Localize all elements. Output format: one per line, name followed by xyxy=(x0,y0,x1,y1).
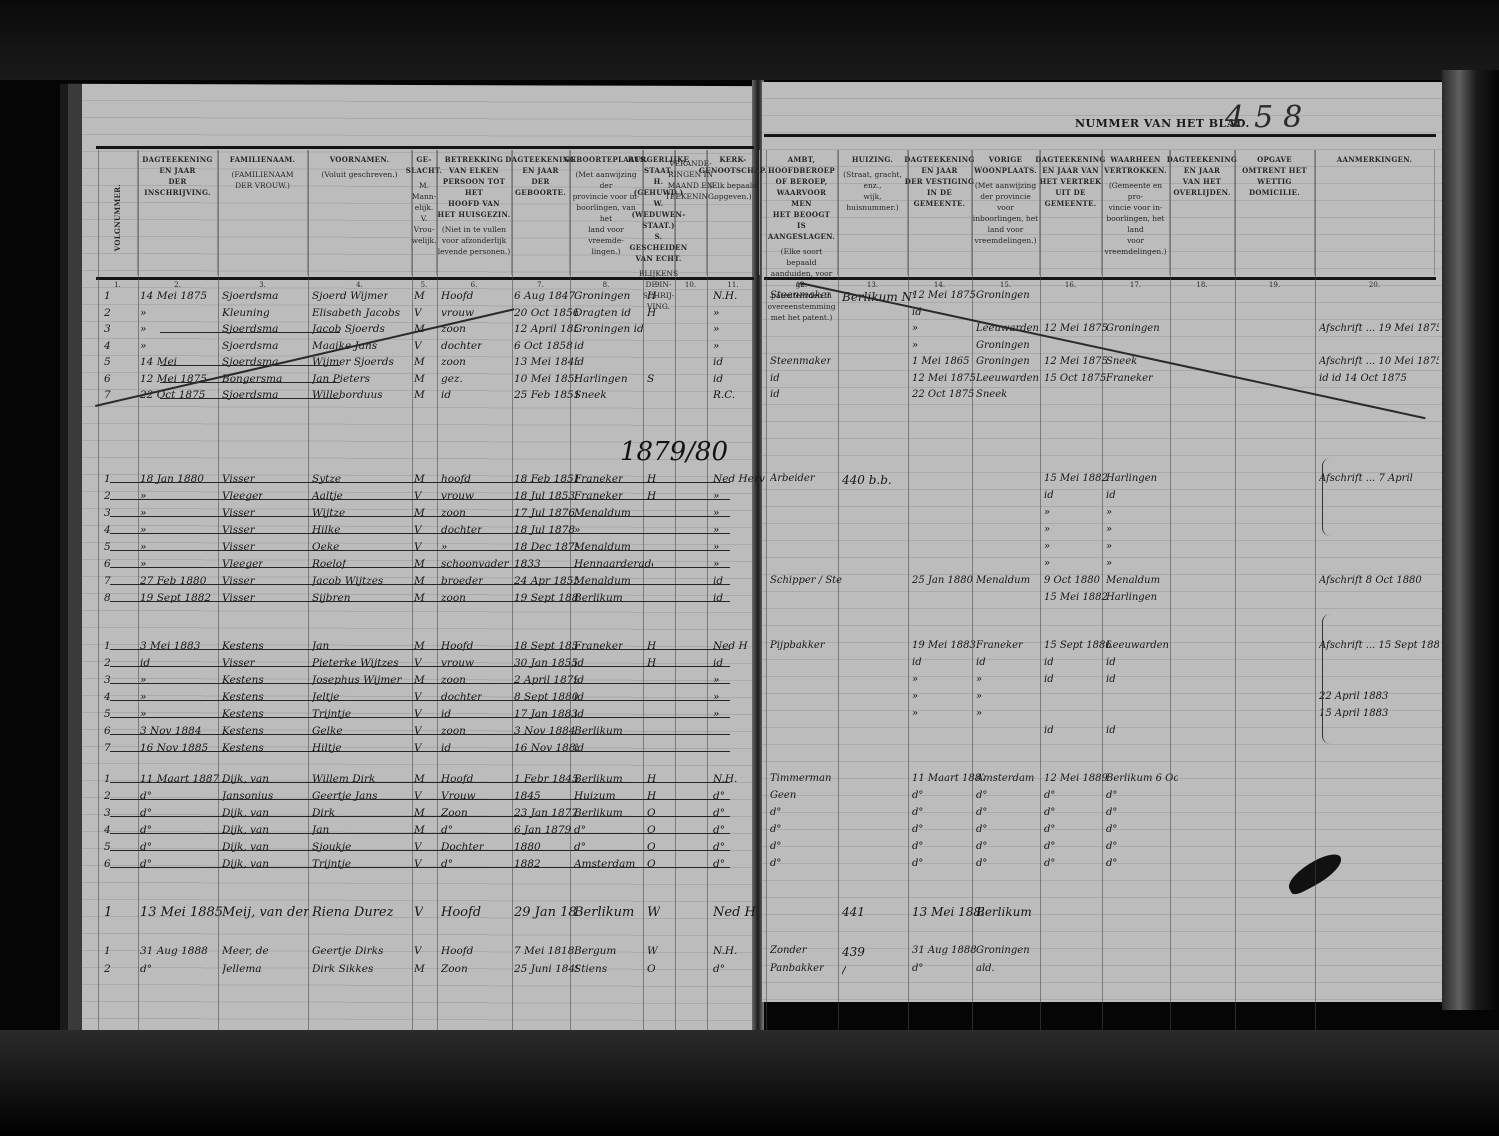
entry-prev: ald. xyxy=(976,963,995,974)
entry-settled: 12 Mei 1875 xyxy=(912,373,976,384)
entry-nr: 5 xyxy=(104,356,111,368)
entry-settled: 25 Jan 1880 xyxy=(912,575,973,586)
entry-relation: gez. xyxy=(441,373,463,385)
entry-given: Jeltje xyxy=(312,691,339,703)
entry-date: 14 Mei xyxy=(140,356,177,368)
entry-relation: broeder xyxy=(441,575,483,587)
column-header-title: VORIGE WOONPLAATS. xyxy=(974,154,1037,176)
entry-birth: 18 Sept 1855 xyxy=(514,640,578,652)
entry-birth: 24 Apr 1855 xyxy=(514,575,578,587)
entry-left: id xyxy=(1044,657,1054,668)
entry-sex: M xyxy=(414,824,425,836)
entry-prev: » xyxy=(976,691,982,702)
entry-relation: id xyxy=(441,708,451,720)
entry-given: Riena Durez xyxy=(312,905,393,920)
entry-relation: dochter xyxy=(441,524,482,536)
column-header-13: HUIZING.(Straat, gracht, enz., wijk, hui… xyxy=(838,150,908,275)
entry-dest: Berlikum 6 Oct 1889 xyxy=(1106,773,1178,784)
entry-civil: H xyxy=(647,490,656,502)
entry-left: d° xyxy=(1044,841,1055,852)
entry-relation: Hoofd xyxy=(441,945,473,957)
entry-prev: d° xyxy=(976,858,987,869)
entry-prev: d° xyxy=(976,824,987,835)
entry-dest: Harlingen xyxy=(1106,592,1157,603)
column-header-subtitle: (Met aanwijzing der provincie voor inboo… xyxy=(972,180,1039,246)
entry-prev: Leeuwarden xyxy=(976,373,1039,384)
entry-left: 9 Oct 1880 xyxy=(1044,575,1100,586)
entry-settled: 12 Mei 1875 xyxy=(912,290,976,301)
entry-relation: Vrouw xyxy=(441,790,476,802)
entry-birthplace: Sneek xyxy=(574,389,607,401)
column-divider xyxy=(1170,150,1171,1030)
entry-given: Aaltje xyxy=(312,490,343,502)
entry-birthplace: id xyxy=(574,742,584,754)
entry-church: N.H. xyxy=(713,945,737,957)
entry-birthplace: Bergum xyxy=(574,945,616,957)
entry-birth: 20 Oct 1856 xyxy=(514,307,578,319)
entry-given: Pieterke Wijtzes xyxy=(312,657,399,669)
entry-note: Afschrift ... 7 April xyxy=(1319,473,1413,484)
entry-occupation: d° xyxy=(770,858,781,869)
entry-relation: Zoon xyxy=(441,807,468,819)
column-header-17: WAARHEEN VERTROKKEN.(Gemeente en pro- vi… xyxy=(1102,150,1170,275)
entry-settled: d° xyxy=(912,807,923,818)
entry-settled: d° xyxy=(912,824,923,835)
column-number: 19. xyxy=(1235,280,1314,291)
entry-civil: O xyxy=(647,858,656,870)
entry-date: d° xyxy=(140,858,152,870)
entry-given: Willeborduus xyxy=(312,389,383,401)
entry-surname: Dijk, van xyxy=(222,807,269,819)
entry-left: » xyxy=(1044,524,1050,535)
entry-surname: Visser xyxy=(222,657,255,669)
entry-prev: » xyxy=(976,708,982,719)
entry-nr: 5 xyxy=(104,841,111,853)
entry-left: 12 Mei 1889 xyxy=(1044,773,1108,784)
entry-left: d° xyxy=(1044,807,1055,818)
entry-relation: d° xyxy=(441,858,453,870)
column-divider xyxy=(908,150,909,1030)
entry-sex: V xyxy=(414,725,422,737)
entry-dest: Menaldum xyxy=(1106,575,1160,586)
column-number: 16. xyxy=(1040,280,1101,291)
entry-nr: 2 xyxy=(104,963,111,975)
entry-civil: H xyxy=(647,657,656,669)
strike-line xyxy=(110,816,730,817)
entry-date: d° xyxy=(140,841,152,853)
entry-sex: M xyxy=(414,507,425,519)
column-header-title: AMBT, HOOFDBEROEP OF BEROEP, WAARVOOR ME… xyxy=(766,154,837,242)
entry-sex: V xyxy=(414,905,423,920)
entry-birthplace: Berlikum xyxy=(574,807,623,819)
entry-civil: H xyxy=(647,790,656,802)
entry-sex: V xyxy=(414,691,422,703)
column-header-6: BETREKKING VAN ELKEN PERSOON TOT HET HOO… xyxy=(437,150,512,275)
entry-date: 18 Jan 1880 xyxy=(140,473,204,485)
entry-birth: 10 Mei 1859 xyxy=(514,373,578,385)
entry-occupation: id xyxy=(770,389,780,400)
entry-birthplace: id xyxy=(574,657,584,669)
entry-given: Oeke xyxy=(312,541,339,553)
column-header-18: DAGTEEKENING EN JAAR VAN HET OVERLIJDEN.… xyxy=(1170,150,1235,275)
entry-civil: W xyxy=(647,945,658,957)
entry-birth: 30 Jan 1855 xyxy=(514,657,578,669)
entry-relation: d° xyxy=(441,824,453,836)
entry-left: d° xyxy=(1044,858,1055,869)
entry-church: R.C. xyxy=(713,389,735,401)
entry-relation: zoon xyxy=(441,507,466,519)
entry-sex: V xyxy=(414,708,422,720)
entry-left: 15 Oct 1875 xyxy=(1044,373,1106,384)
entry-dest: id xyxy=(1106,674,1116,685)
entry-surname: Jellema xyxy=(222,963,262,975)
entry-date: » xyxy=(140,708,146,720)
column-header-20: AANMERKINGEN.20. xyxy=(1315,150,1435,275)
entry-civil: O xyxy=(647,963,656,975)
entry-nr: 1 xyxy=(104,773,111,785)
entry-nr: 3 xyxy=(104,807,111,819)
entry-surname: Kestens xyxy=(222,640,264,652)
entry-prev: Groningen xyxy=(976,356,1030,367)
entry-birth: 18 Feb 1851 xyxy=(514,473,578,485)
entry-nr: 6 xyxy=(104,858,111,870)
entry-settled: id xyxy=(912,657,922,668)
entry-sex: M xyxy=(414,773,425,785)
entry-occupation: id xyxy=(770,373,780,384)
column-divider xyxy=(138,150,139,1030)
entry-surname: Meij, van der xyxy=(222,905,309,920)
entry-given: Trijntje xyxy=(312,708,351,720)
entry-date: d° xyxy=(140,963,152,975)
strike-line xyxy=(110,482,730,483)
entry-birthplace: Dragten id xyxy=(574,307,631,319)
entry-dest: » xyxy=(1106,524,1112,535)
entry-birth: 8 Sept 1880 xyxy=(514,691,578,703)
entry-nr: 7 xyxy=(104,575,111,587)
entry-surname: Visser xyxy=(222,473,255,485)
strike-line xyxy=(160,398,340,399)
entry-birthplace: Harlingen xyxy=(574,373,628,385)
entry-sex: V xyxy=(414,742,422,754)
entry-given: Willem Dirk xyxy=(312,773,375,785)
entry-left: d° xyxy=(1044,824,1055,835)
entry-date: d° xyxy=(140,790,152,802)
strike-line xyxy=(110,683,730,684)
entry-note: Afschrift ... 10 Mei 1875 xyxy=(1319,356,1439,367)
column-header-14: DAGTEEKENING EN JAAR DER VESTIGING IN DE… xyxy=(908,150,972,275)
entry-settled: 13 Mei 1885 xyxy=(912,905,984,919)
entry-sex: M xyxy=(414,558,425,570)
entry-sex: V xyxy=(414,790,422,802)
entry-given: Jan xyxy=(312,824,329,836)
strike-line xyxy=(110,850,730,851)
entry-dest: » xyxy=(1106,507,1112,518)
entry-dest: Franeker xyxy=(1106,373,1153,384)
entry-church: » xyxy=(713,558,719,570)
entry-nr: 4 xyxy=(104,524,111,536)
entry-settled: » xyxy=(912,340,918,351)
column-header-title: DAGTEEKENING EN JAAR VAN HET OVERLIJDEN. xyxy=(1167,154,1237,198)
entry-birthplace: Berlikum xyxy=(574,592,623,604)
entry-church: Ned H xyxy=(713,905,756,920)
entry-church: » xyxy=(713,524,719,536)
column-header-subtitle: (Niet in te vullen voor afzonderlijk lev… xyxy=(438,224,511,257)
scanner-frame-bottom xyxy=(0,1030,1499,1136)
column-divider xyxy=(766,150,767,1030)
entry-occupation: d° xyxy=(770,841,781,852)
entry-relation: schoonvader xyxy=(441,558,509,570)
column-divider xyxy=(308,150,309,1030)
column-header-title: VOLGNUMMER. xyxy=(112,184,123,251)
entry-birthplace: d° xyxy=(574,824,586,836)
entry-nr: 3 xyxy=(104,507,111,519)
entry-birth: 25 Juni 1849 xyxy=(514,963,578,975)
entry-left: 12 Mei 1875 xyxy=(1044,356,1108,367)
entry-church: » xyxy=(713,323,719,335)
column-header-title: DAGTEEKENING EN JAAR DER INSCHRIJVING. xyxy=(142,154,212,198)
entry-surname: Visser xyxy=(222,575,255,587)
entry-dest: » xyxy=(1106,558,1112,569)
entry-civil: H xyxy=(647,307,656,319)
entry-settled: d° xyxy=(912,963,923,974)
entry-church: » xyxy=(713,708,719,720)
column-divider xyxy=(1040,150,1041,1030)
entry-date: » xyxy=(140,507,146,519)
entry-sex: M xyxy=(414,807,425,819)
entry-given: Jacob Sjoerds xyxy=(312,323,385,335)
entry-date: 14 Mei 1875 xyxy=(140,290,207,302)
entry-birth: 1882 xyxy=(514,858,541,870)
entry-birthplace: id xyxy=(574,356,584,368)
entry-dest: d° xyxy=(1106,858,1117,869)
entry-civil: H xyxy=(647,773,656,785)
entry-church: » xyxy=(713,674,719,686)
entry-date: 3 Mei 1883 xyxy=(140,640,200,652)
entry-left: 15 Sept 1886 xyxy=(1044,640,1112,651)
column-header-7: DAGTEEKENING EN JAAR DER GEBOORTE.7. xyxy=(512,150,570,275)
entry-surname: Meer, de xyxy=(222,945,269,957)
entry-settled: » xyxy=(912,674,918,685)
entry-church: » xyxy=(713,340,719,352)
entry-prev: Menaldum xyxy=(976,575,1030,586)
entry-relation: hoofd xyxy=(441,473,471,485)
entry-surname: Kestens xyxy=(222,725,264,737)
entry-given: Jan xyxy=(312,640,329,652)
entry-civil: H xyxy=(647,640,656,652)
entry-birthplace: Franeker xyxy=(574,473,623,485)
entry-surname: Visser xyxy=(222,507,255,519)
entry-settled: 22 Oct 1875 xyxy=(912,389,974,400)
column-divider xyxy=(707,150,708,1030)
entry-nr: 6 xyxy=(104,725,111,737)
entry-relation: vrouw xyxy=(441,307,474,319)
column-divider xyxy=(838,150,839,1030)
entry-relation: zoon xyxy=(441,725,466,737)
entry-date: » xyxy=(140,541,146,553)
entry-nr: 5 xyxy=(104,708,111,720)
strike-line xyxy=(110,550,730,551)
column-divider xyxy=(675,150,676,1030)
entry-birth: 6 Aug 1847 xyxy=(514,290,575,302)
entry-settled: 1 Mei 1865 xyxy=(912,356,970,367)
entry-surname: Dijk, van xyxy=(222,858,269,870)
column-header-subtitle: (Voluit geschreven.) xyxy=(321,169,397,180)
entry-prev: d° xyxy=(976,790,987,801)
entry-date: » xyxy=(140,307,146,319)
entry-dest: Groningen xyxy=(1106,323,1160,334)
entry-note: Afschrift ... 19 Mei 1875 xyxy=(1319,323,1439,334)
entry-occupation: Arbeider xyxy=(770,473,815,484)
entry-given: Wijmer Sjoerds xyxy=(312,356,394,368)
entry-surname: Sjoerdsma xyxy=(222,290,278,302)
column-divider xyxy=(437,150,438,1030)
entry-civil: O xyxy=(647,841,656,853)
column-number: 10. xyxy=(675,280,706,291)
entry-relation: Hoofd xyxy=(441,905,481,920)
column-header-title: VOORNAMEN. xyxy=(330,154,390,165)
entry-birth: 29 Jan 1829 xyxy=(514,905,578,920)
entry-surname: Kestens xyxy=(222,691,264,703)
entry-relation: Hoofd xyxy=(441,773,473,785)
entry-prev: Amsterdam xyxy=(976,773,1034,784)
entry-relation: zoon xyxy=(441,356,466,368)
strike-line xyxy=(110,751,730,752)
entry-birth: 16 Nov 1885 xyxy=(514,742,578,754)
entry-prev: Franeker xyxy=(976,640,1023,651)
entry-given: Sjoerd Wijmer xyxy=(312,290,388,302)
entry-birth: 19 Sept 1882 xyxy=(514,592,578,604)
entry-given: Hilke xyxy=(312,524,340,536)
column-divider xyxy=(412,150,413,1030)
column-header-16: DAGTEEKENING EN JAAR VAN HET VERTREK UIT… xyxy=(1040,150,1102,275)
entry-surname: Sjoerdsma xyxy=(222,323,278,335)
entry-date: » xyxy=(140,558,146,570)
strike-line xyxy=(110,717,730,718)
column-number: 18. xyxy=(1170,280,1234,291)
entry-given: Sijbren xyxy=(312,592,351,604)
entry-nr: 8 xyxy=(104,592,111,604)
strike-line xyxy=(110,700,730,701)
entry-church: » xyxy=(713,541,719,553)
entry-birthplace: Franeker xyxy=(574,490,623,502)
year-heading: 1879/80 xyxy=(620,437,728,467)
entry-sex: M xyxy=(414,592,425,604)
entry-surname: Sjoerdsma xyxy=(222,356,278,368)
entry-birth: 18 Dec 1879 xyxy=(514,541,578,553)
entry-given: Hiltje xyxy=(312,742,342,754)
entry-church: id xyxy=(713,356,723,368)
entry-civil: W xyxy=(647,905,660,920)
entry-occupation: d° xyxy=(770,807,781,818)
entry-relation: vrouw xyxy=(441,657,474,669)
entry-nr: 4 xyxy=(104,691,111,703)
header-top-rule-left xyxy=(96,146,754,149)
entry-note: Afschrift 8 Oct 1880 xyxy=(1319,575,1422,586)
column-header-15: VORIGE WOONPLAATS.(Met aanwijzing der pr… xyxy=(972,150,1040,275)
entry-dest: id xyxy=(1106,657,1116,668)
entry-nr: 1 xyxy=(104,640,111,652)
column-header-title: OPGAVE OMTRENT HET WETTIG DOMICILIE. xyxy=(1242,154,1307,198)
entry-sex: M xyxy=(414,373,425,385)
entry-surname: Visser xyxy=(222,541,255,553)
entry-birthplace: d° xyxy=(574,841,586,853)
entry-nr: 4 xyxy=(104,340,111,352)
entry-occupation: Panbakker xyxy=(770,963,824,974)
entry-birth: 23 Jan 1877 xyxy=(514,807,578,819)
entry-church: N.H. xyxy=(713,773,737,785)
entry-dest: id xyxy=(1106,725,1116,736)
entry-date: 11 Maart 1887 xyxy=(140,773,219,785)
entry-sex: M xyxy=(414,290,425,302)
entry-relation: zoon xyxy=(441,674,466,686)
entry-nr: 7 xyxy=(104,742,111,754)
entry-relation: Zoon xyxy=(441,963,468,975)
entry-sex: V xyxy=(414,541,422,553)
entry-nr: 7 xyxy=(104,389,111,401)
entry-nr: 2 xyxy=(104,307,111,319)
entry-left: » xyxy=(1044,507,1050,518)
entry-church: N.H. xyxy=(713,290,737,302)
strike-line xyxy=(110,833,730,834)
entry-given: Sytze xyxy=(312,473,341,485)
column-header-subtitle: (FAMILIENAAM DER VROUW.) xyxy=(231,169,293,191)
entry-surname: Vleeger xyxy=(222,490,263,502)
entry-birth: 18 Jul 1878 xyxy=(514,524,575,536)
strike-line xyxy=(110,799,730,800)
entry-sex: M xyxy=(414,674,425,686)
entry-nr: 5 xyxy=(104,541,111,553)
entry-sex: V xyxy=(414,858,422,870)
entry-birth: 7 Mei 1818 xyxy=(514,945,574,957)
entry-date: d° xyxy=(140,807,152,819)
entry-surname: Dijk, van xyxy=(222,773,269,785)
entry-relation: Hoofd xyxy=(441,290,473,302)
column-header-12: AMBT, HOOFDBEROEP OF BEROEP, WAARVOOR ME… xyxy=(766,150,838,275)
strike-line xyxy=(110,666,730,667)
entry-dest: » xyxy=(1106,541,1112,552)
entry-church: Ned H xyxy=(713,640,748,652)
entry-left: » xyxy=(1044,541,1050,552)
entry-settled: d° xyxy=(912,841,923,852)
entry-dest: id xyxy=(1106,490,1116,501)
entry-birthplace: id xyxy=(574,674,584,686)
entry-dest: Sneek xyxy=(1106,356,1137,367)
entry-relation: Hoofd xyxy=(441,640,473,652)
strike-line xyxy=(110,649,730,650)
entry-church: id xyxy=(713,657,723,669)
entry-nr: 6 xyxy=(104,373,111,385)
entry-birthplace: id xyxy=(574,340,584,352)
entry-birth: 6 Oct 1858 xyxy=(514,340,573,352)
entry-sex: V xyxy=(414,841,422,853)
entry-settled: d° xyxy=(912,858,923,869)
entry-birthplace: id xyxy=(574,708,584,720)
remarks-brace xyxy=(1322,458,1331,536)
strike-line xyxy=(110,533,730,534)
entry-prev: Groningen xyxy=(976,290,1030,301)
column-header-title: HUIZING. xyxy=(852,154,893,165)
entry-date: d° xyxy=(140,824,152,836)
remarks-brace xyxy=(1322,614,1331,744)
entry-note: Afschrift ... 15 Sept 1886 xyxy=(1319,640,1439,651)
entry-settled: 11 Maart 1887 xyxy=(912,773,984,784)
entry-prev: Groningen xyxy=(976,945,1030,956)
entry-birth: 1833 xyxy=(514,558,541,570)
entry-birth: 13 Mei 1845 xyxy=(514,356,578,368)
entry-surname: Sjoerdsma xyxy=(222,389,278,401)
column-header-title: WAARHEEN VERTROKKEN. xyxy=(1104,154,1167,176)
entry-birthplace: Menaldum xyxy=(574,575,631,587)
